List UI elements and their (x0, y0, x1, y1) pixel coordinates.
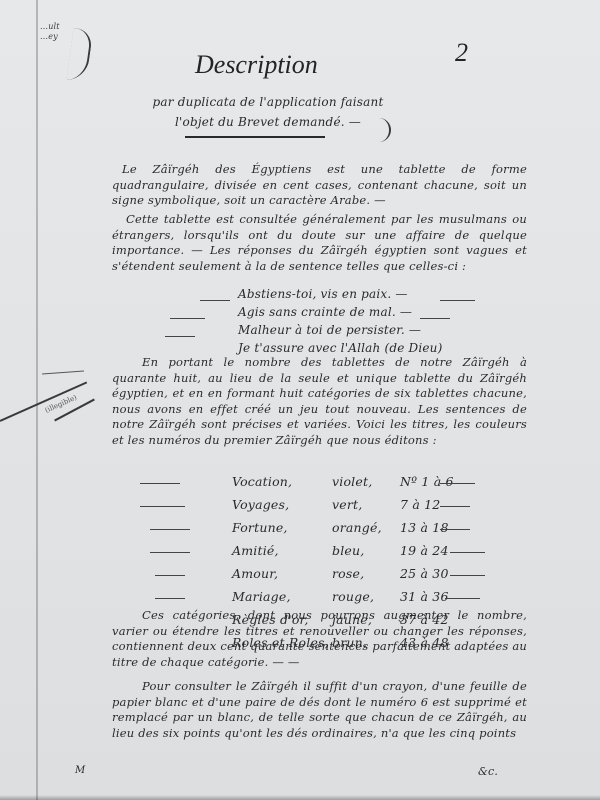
filler-dash (450, 552, 485, 553)
paragraph-sentences: Ces catégories, dont nous pourrons augme… (112, 608, 527, 670)
page-number: 2 (455, 38, 468, 68)
margin-line (36, 0, 38, 800)
category-color: orangé, (332, 516, 400, 539)
motto-item: Agis sans crainte de mal. — (238, 303, 443, 321)
page-edge-shadow (0, 795, 600, 800)
end-word: &c. (478, 765, 498, 778)
filler-dash (200, 300, 230, 301)
page-title: Description (195, 50, 318, 80)
category-title: Amitié, (232, 539, 332, 562)
filler-dash (440, 300, 475, 301)
brace-mark (66, 28, 93, 80)
filler-dash (155, 598, 185, 599)
filler-dash (165, 336, 195, 337)
category-numbers: Nº 1 à 6 (400, 470, 480, 493)
category-numbers: 31 à 36 (400, 585, 480, 608)
subtitle-line: par duplicata de l'application faisant (118, 92, 418, 112)
paragraph-categories: En portant le nombre des tablettes de no… (112, 355, 527, 448)
table-row: Amour, rose, 25 à 30 (232, 562, 480, 585)
category-title: Vocation, (232, 470, 332, 493)
filler-dash (150, 552, 190, 553)
filler-dash (445, 598, 480, 599)
paragraph-usage: Cette tablette est consultée généralemen… (112, 212, 527, 274)
paragraph-instructions: Pour consulter le Zâïrgéh il suffit d'un… (112, 679, 527, 741)
motto-list: Abstiens-toi, vis en paix. — Agis sans c… (238, 285, 443, 357)
title-underline (185, 136, 325, 138)
paragraph-intro: Le Zâïrgéh des Égyptiens est une tablett… (112, 162, 527, 209)
category-title: Amour, (232, 562, 332, 585)
filler-dash (440, 483, 475, 484)
category-numbers: 25 à 30 (400, 562, 480, 585)
subtitle: par duplicata de l'application faisant l… (118, 92, 418, 132)
margin-stamp-dash (42, 371, 84, 375)
category-title: Fortune, (232, 516, 332, 539)
motto-item: Malheur à toi de persister. — (238, 321, 443, 339)
table-row: Fortune, orangé, 13 à 18 (232, 516, 480, 539)
filler-dash (140, 483, 180, 484)
manuscript-page: …ult …ey Description 2 par duplicata de … (0, 0, 600, 800)
category-color: bleu, (332, 539, 400, 562)
corner-note-line: …ey (40, 32, 60, 42)
filler-dash (155, 575, 185, 576)
filler-dash (440, 529, 470, 530)
category-color: rouge, (332, 585, 400, 608)
category-numbers: 19 à 24 (400, 539, 480, 562)
table-row: Mariage, rouge, 31 à 36 (232, 585, 480, 608)
category-numbers: 13 à 18 (400, 516, 480, 539)
filler-dash (450, 575, 485, 576)
table-row: Voyages, vert, 7 à 12 (232, 493, 480, 516)
table-row: Vocation, violet, Nº 1 à 6 (232, 470, 480, 493)
filler-dash (170, 318, 205, 319)
category-color: violet, (332, 470, 400, 493)
filler-dash (140, 506, 185, 507)
filler-dash (420, 318, 450, 319)
corner-note: …ult …ey (40, 22, 60, 42)
category-title: Mariage, (232, 585, 332, 608)
category-title: Voyages, (232, 493, 332, 516)
category-color: rose, (332, 562, 400, 585)
category-color: vert, (332, 493, 400, 516)
motto-item: Abstiens-toi, vis en paix. — (238, 285, 443, 303)
table-row: Amitié, bleu, 19 à 24 (232, 539, 480, 562)
footer-mark: M (75, 765, 85, 776)
subtitle-line: l'objet du Brevet demandé. — (118, 112, 418, 132)
filler-dash (150, 529, 190, 530)
category-numbers: 7 à 12 (400, 493, 480, 516)
corner-note-line: …ult (40, 22, 60, 32)
filler-dash (440, 506, 470, 507)
